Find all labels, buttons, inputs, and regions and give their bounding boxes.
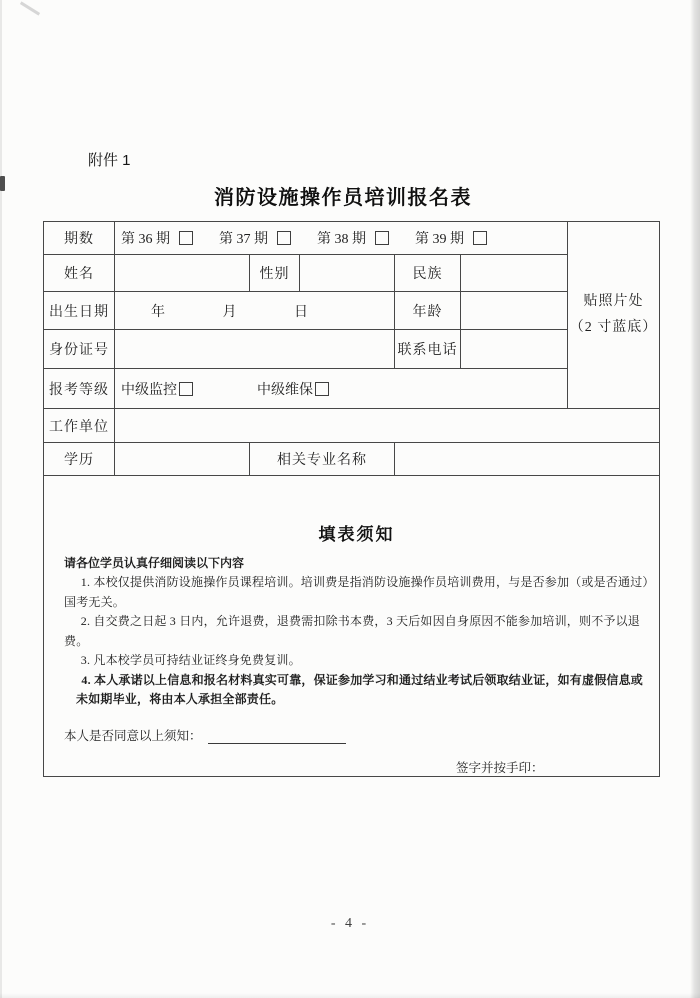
session-option-37: 第 37 期 xyxy=(219,228,291,248)
session-option-36: 第 36 期 xyxy=(121,228,193,248)
work-input-cell[interactable] xyxy=(115,409,660,443)
level-option-monitor-label: 中级监控 xyxy=(121,379,177,399)
agreement-fill-line[interactable] xyxy=(208,729,346,744)
scan-edge-left xyxy=(0,0,2,998)
row-birth: 出生日期 年 月 日 年龄 xyxy=(44,292,660,330)
row-id: 身份证号 联系电话 xyxy=(44,330,660,369)
phone-label: 联系电话 xyxy=(395,330,461,369)
photo-note-line2: （2 寸蓝底） xyxy=(568,315,659,341)
education-label: 学历 xyxy=(44,443,115,476)
agreement-line: 本人是否同意以上须知： xyxy=(64,726,649,744)
session-options-cell: 第 36 期 第 37 期 第 38 期 第 39 期 xyxy=(115,222,568,255)
birth-input-cell[interactable]: 年 月 日 xyxy=(115,292,395,330)
ethnicity-input-cell[interactable] xyxy=(461,255,568,292)
row-notice: 填表须知 请各位学员认真仔细阅读以下内容 1. 本校仅提供消防设施操作员课程培训… xyxy=(44,476,660,777)
name-input-cell[interactable] xyxy=(115,255,250,292)
notice-section: 填表须知 请各位学员认真仔细阅读以下内容 1. 本校仅提供消防设施操作员课程培训… xyxy=(44,476,660,777)
scan-edge-shadow xyxy=(690,0,700,998)
major-input-cell[interactable] xyxy=(395,443,660,476)
birth-label: 出生日期 xyxy=(44,292,115,330)
row-work: 工作单位 xyxy=(44,409,660,443)
session-38-checkbox[interactable] xyxy=(375,231,389,245)
row-level: 报考等级 中级监控 中级维保 xyxy=(44,369,660,409)
scan-artifact-corner xyxy=(20,1,40,15)
signature-label: 签字并按手印： xyxy=(456,761,544,775)
age-label: 年龄 xyxy=(395,292,461,330)
notice-intro: 请各位学员认真仔细阅读以下内容 xyxy=(64,553,649,573)
notice-item-2: 2. 自交费之日起 3 日内，允许退费，退费需扣除书本费，3 天后如因自身原因不… xyxy=(64,612,649,651)
birth-unit-month: 月 xyxy=(223,301,237,321)
notice-item-1: 1. 本校仅提供消防设施操作员课程培训。培训费是指消防设施操作员培训费用，与是否… xyxy=(64,573,649,612)
education-input-cell[interactable] xyxy=(115,443,250,476)
session-36-checkbox[interactable] xyxy=(179,231,193,245)
notice-item-4: 4. 本人承诺以上信息和报名材料真实可靠，保证参加学习和通过结业考试后领取结业证… xyxy=(64,671,649,710)
level-option-maintenance: 中级维保 xyxy=(257,379,329,399)
page-number: - 4 - xyxy=(0,916,700,932)
photo-area: 贴照片处 （2 寸蓝底） xyxy=(568,222,660,409)
signature-line: 签字并按手印： xyxy=(64,758,649,776)
row-education: 学历 相关专业名称 xyxy=(44,443,660,476)
level-maintenance-checkbox[interactable] xyxy=(315,382,329,396)
notice-title: 填表须知 xyxy=(64,520,649,545)
page-title: 消防设施操作员培训报名表 xyxy=(0,181,686,210)
gender-input-cell[interactable] xyxy=(300,255,395,292)
work-label: 工作单位 xyxy=(44,409,115,443)
session-39-checkbox[interactable] xyxy=(473,231,487,245)
session-option-36-label: 第 36 期 xyxy=(121,228,170,248)
ethnicity-label: 民族 xyxy=(395,255,461,292)
session-option-38: 第 38 期 xyxy=(317,228,389,248)
level-monitor-checkbox[interactable] xyxy=(179,382,193,396)
id-label: 身份证号 xyxy=(44,330,115,369)
birth-unit-day: 日 xyxy=(294,301,308,321)
notice-item-3: 3. 凡本校学员可持结业证终身免费复训。 xyxy=(64,651,649,671)
session-option-38-label: 第 38 期 xyxy=(317,228,366,248)
session-option-39-label: 第 39 期 xyxy=(415,228,464,248)
agreement-label: 本人是否同意以上须知： xyxy=(64,729,202,743)
row-name: 姓名 性别 民族 xyxy=(44,255,660,292)
phone-input-cell[interactable] xyxy=(461,330,568,369)
scan-edge-bottom xyxy=(0,993,700,998)
row-session: 期数 第 36 期 第 37 期 第 38 期 第 39 期 贴照片处 （2 寸… xyxy=(44,222,660,255)
level-options-cell: 中级监控 中级维保 xyxy=(115,369,568,409)
registration-form-table: 期数 第 36 期 第 37 期 第 38 期 第 39 期 贴照片处 （2 寸… xyxy=(43,221,660,777)
name-label: 姓名 xyxy=(44,255,115,292)
gender-label: 性别 xyxy=(250,255,300,292)
session-option-37-label: 第 37 期 xyxy=(219,228,268,248)
level-label: 报考等级 xyxy=(44,369,115,409)
session-label: 期数 xyxy=(44,222,115,255)
major-label: 相关专业名称 xyxy=(250,443,395,476)
birth-unit-year: 年 xyxy=(151,301,165,321)
age-input-cell[interactable] xyxy=(461,292,568,330)
document-page: 附件 1 消防设施操作员培训报名表 期数 第 36 期 第 37 期 第 38 … xyxy=(0,0,700,998)
session-option-39: 第 39 期 xyxy=(415,228,487,248)
session-37-checkbox[interactable] xyxy=(277,231,291,245)
id-input-cell[interactable] xyxy=(115,330,395,369)
level-option-maintenance-label: 中级维保 xyxy=(257,379,313,399)
attachment-label: 附件 1 xyxy=(88,149,131,170)
photo-note-line1: 贴照片处 xyxy=(568,289,659,315)
level-option-monitor: 中级监控 xyxy=(121,379,193,399)
